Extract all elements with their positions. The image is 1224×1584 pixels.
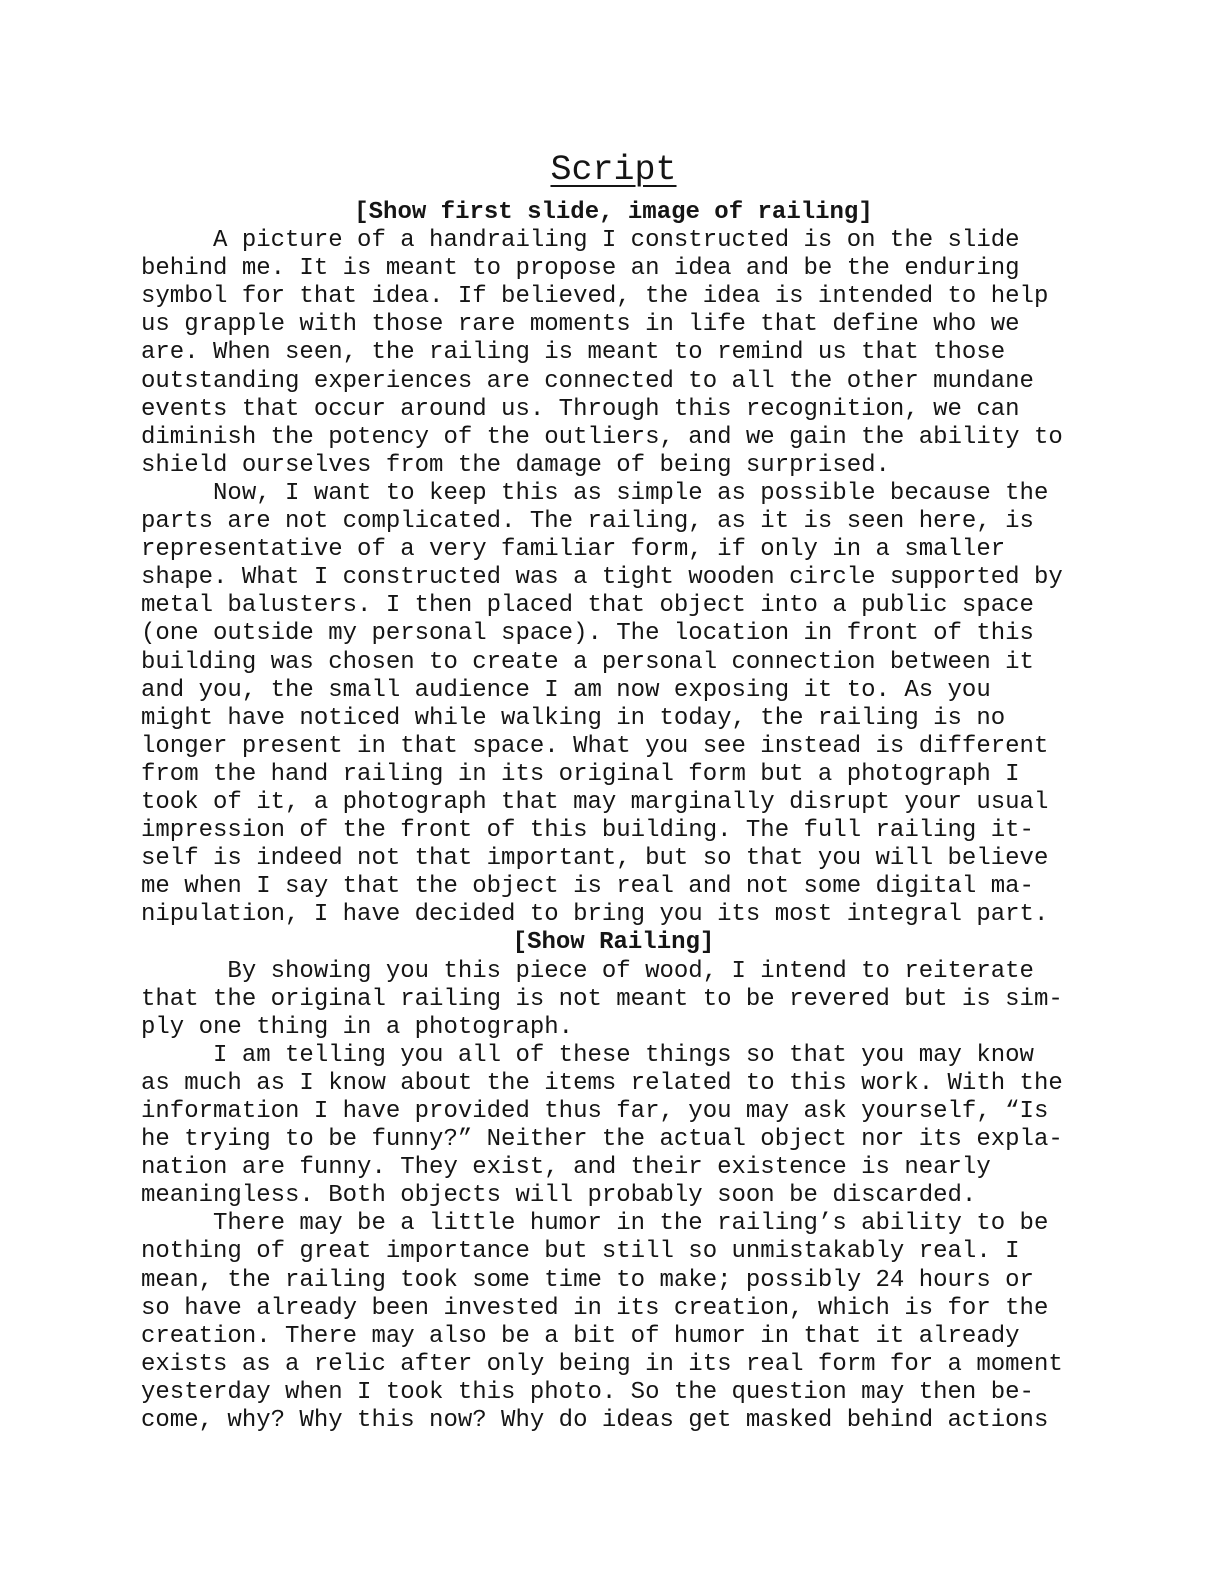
- stage-direction-show-first-slide: [Show first slide, image of railing]: [141, 199, 1086, 227]
- page-title: Script: [141, 150, 1086, 190]
- script-paragraph-2: Now, I want to keep this as simple as po…: [141, 480, 1086, 930]
- script-paragraph-3: By showing you this piece of wood, I int…: [141, 958, 1086, 1042]
- script-paragraph-4: I am telling you all of these things so …: [141, 1042, 1086, 1211]
- script-paragraph-1: A picture of a handrailing I constructed…: [141, 227, 1086, 480]
- script-paragraph-5: There may be a little humor in the raili…: [141, 1210, 1086, 1435]
- document-page: Script [Show first slide, image of raili…: [0, 0, 1224, 1584]
- stage-direction-show-railing: [Show Railing]: [141, 929, 1086, 957]
